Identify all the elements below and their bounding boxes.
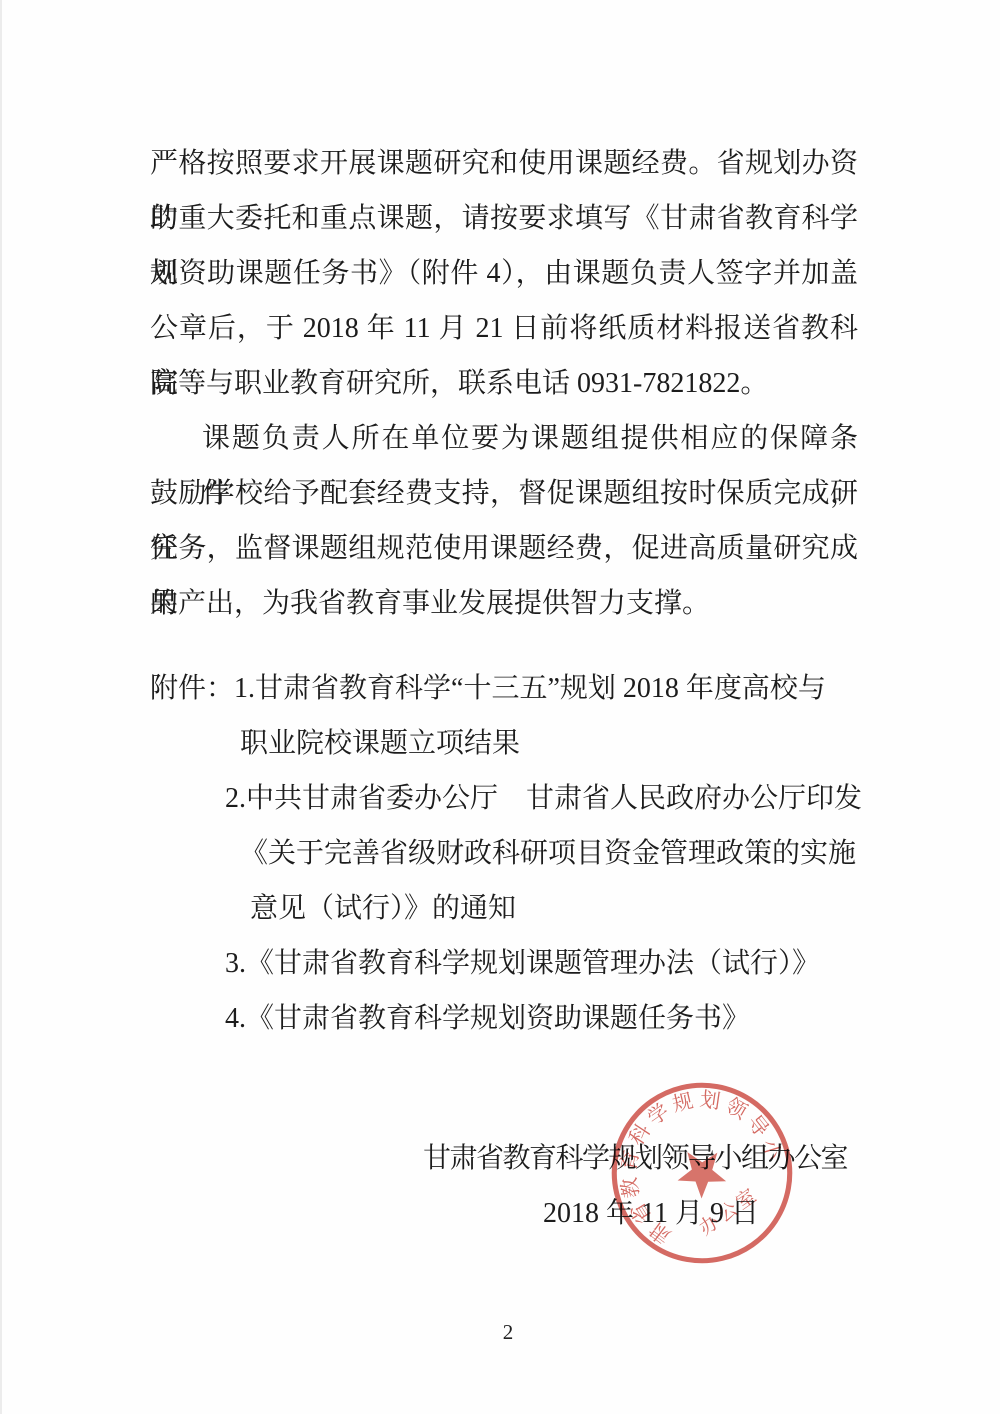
attachment-title: 《甘肃省教育科学规划资助课题任务书》 <box>246 1003 750 1034</box>
attachment-line: 3.《甘肃省教育科学规划课题管理办法（试行）》 <box>225 936 910 991</box>
attachment-line: 2.中共甘肃省委办公厅 甘肃省人民政府办公厅印发 <box>225 771 910 826</box>
body-line: 课题负责人所在单位要为课题组提供相应的保障条件， <box>150 411 858 466</box>
body-line: 划资助课题任务书》（附件 4），由课题负责人签字并加盖 <box>150 246 858 301</box>
attachment-title: 中共甘肃省委办公厅 甘肃省人民政府办公厅印发 <box>246 783 862 814</box>
attachment-title: 意见（试行）》的通知 <box>250 893 516 924</box>
document-page: 严格按照要求开展课题研究和使用课题经费。省规划办资助 的重大委托和重点课题，请按… <box>0 0 1000 1414</box>
body-line: 鼓励学校给予配套经费支持，督促课题组按时保质完成研究 <box>150 466 858 521</box>
attachment-title: 《关于完善省级财政科研项目资金管理政策的实施 <box>240 838 856 869</box>
attachment-line: 《关于完善省级财政科研项目资金管理政策的实施 <box>240 826 910 881</box>
body-text: 严格按照要求开展课题研究和使用课题经费。省规划办资助 的重大委托和重点课题，请按… <box>150 136 858 631</box>
body-line: 任务，监督课题组规范使用课题经费，促进高质量研究成果 <box>150 521 858 576</box>
attachment-number: 1. <box>234 673 255 704</box>
attachment-list: 附件：1.甘肃省教育科学“十三五”规划 2018 年度高校与 职业院校课题立项结… <box>150 661 910 1046</box>
attachment-line: 4.《甘肃省教育科学规划资助课题任务书》 <box>225 991 910 1046</box>
attachment-line: 职业院校课题立项结果 <box>240 716 910 771</box>
attachment-number: 3. <box>225 948 246 979</box>
attachment-title: 甘肃省教育科学“十三五”规划 2018 年度高校与 <box>255 673 826 704</box>
attachment-title: 职业院校课题立项结果 <box>240 728 520 759</box>
scan-edge-artifact <box>0 0 2 1414</box>
attachment-title: 《甘肃省教育科学规划课题管理办法（试行）》 <box>246 948 820 979</box>
attachment-number: 4. <box>225 1003 246 1034</box>
attachment-line: 附件：1.甘肃省教育科学“十三五”规划 2018 年度高校与 <box>150 661 910 716</box>
body-line: 公章后，于 2018 年 11 月 21 日前将纸质材料报送省教科院 <box>150 301 858 356</box>
attachment-label: 附件： <box>150 673 234 704</box>
page-number: 2 <box>0 1320 1000 1345</box>
attachment-number: 2. <box>225 783 246 814</box>
body-line: 的产出，为我省教育事业发展提供智力支撑。 <box>150 576 858 631</box>
signature-org: 甘肃省教育科学规划领导小组办公室 <box>423 1131 847 1186</box>
body-line: 的重大委托和重点课题，请按要求填写《甘肃省教育科学规 <box>150 191 858 246</box>
body-line: 严格按照要求开展课题研究和使用课题经费。省规划办资助 <box>150 136 858 191</box>
attachment-line: 意见（试行）》的通知 <box>250 881 910 936</box>
body-line: 高等与职业教育研究所，联系电话 0931-7821822。 <box>150 356 858 411</box>
signature-date: 2018 年 11 月 9 日 <box>543 1186 759 1241</box>
